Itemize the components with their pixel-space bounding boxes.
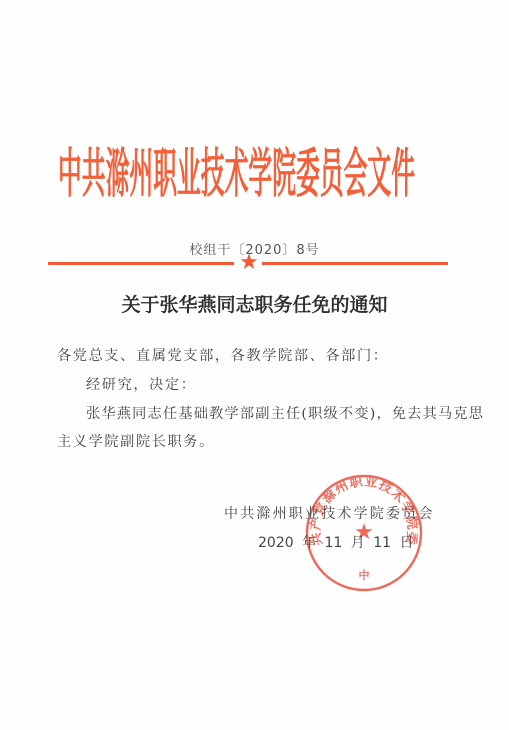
decision-text-line-1: 张华燕同志任基础教学部副主任(职级不变)，免去其马克思: [86, 403, 484, 423]
signing-date: 2020 年 11 月 11 日: [258, 532, 414, 552]
star-icon: ★: [237, 252, 261, 274]
header-rule-right: [262, 262, 448, 265]
signing-organization: 中共滁州职业技术学院委员会: [224, 503, 435, 523]
salutation: 各党总支、直属党支部，各教学院部、各部门：: [57, 345, 389, 365]
document-header: 中共滁州职业技术学院委员会文件: [58, 128, 325, 221]
header-rule-left: [48, 262, 234, 265]
intro-text: 经研究，决定：: [86, 374, 197, 394]
svg-text:中: 中: [359, 568, 370, 582]
document-page: 中共滁州职业技术学院委员会文件 校组干〔2020〕8号 ★ 关于张华燕同志职务任…: [0, 0, 509, 730]
decision-text-line-2: 主义学院副院长职务。: [57, 431, 215, 451]
notice-title: 关于张华燕同志职务任免的通知: [0, 290, 509, 317]
